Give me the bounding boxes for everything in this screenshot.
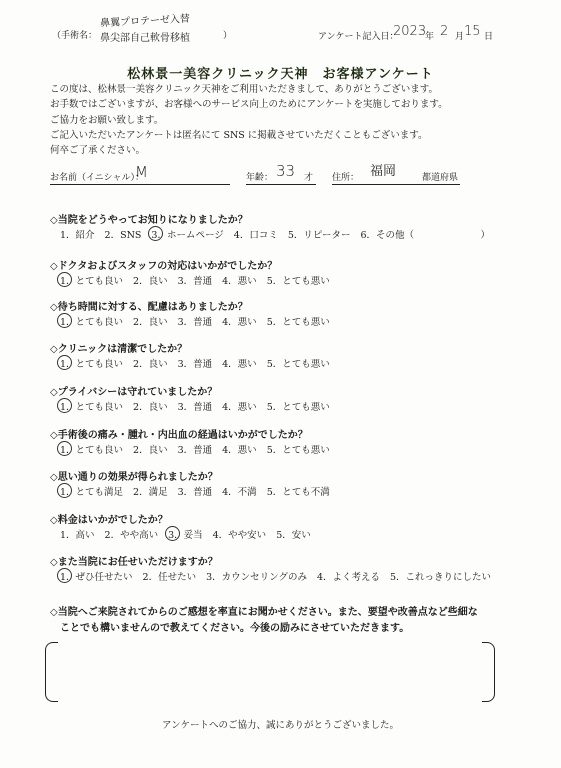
procedure-value-line1: 鼻翼プロテーゼ入替	[100, 10, 190, 30]
option-radio[interactable]: 1．ぜひ任せたい	[60, 569, 133, 583]
option-radio[interactable]: 1．とても良い	[60, 314, 123, 328]
option-radio[interactable]: 2．良い	[133, 442, 168, 456]
name-value: M	[135, 163, 148, 181]
right-bracket	[482, 642, 495, 702]
question-6-options: 1．とても良い2．良い3．普通4．悪い5．とても悪い	[60, 442, 340, 456]
intro-text: この度は、松林景一美容クリニック天神をご利用いただきまして、ありがとうございます…	[50, 82, 448, 158]
option-radio[interactable]: 5．とても悪い	[267, 314, 330, 328]
option-radio[interactable]: 4．悪い	[222, 273, 257, 287]
option-radio[interactable]: 2．満足	[133, 484, 168, 498]
date-year: 2023	[393, 24, 426, 39]
option-radio[interactable]: 5．とても悪い	[267, 442, 330, 456]
question-8-options: 1．高い2．やや高い3．妥当4．やや安い5．安い	[60, 527, 321, 541]
option-radio[interactable]: 2．任せたい	[143, 569, 197, 583]
question-3-options: 1．とても良い2．良い3．普通4．悪い5．とても悪い	[60, 314, 340, 328]
option-radio[interactable]: 4．やや安い	[213, 527, 267, 541]
procedure-value-line2: 鼻尖部自己軟骨移植	[100, 29, 190, 44]
comments-question-line2: ことでも構いませんので教えてください。今後の励みにさせていただきます。	[50, 619, 409, 634]
question-9-options: 1．ぜひ任せたい2．任せたい3．カウンセリングのみ4．よく考える5．これっきりに…	[60, 569, 501, 583]
year-unit: 年	[425, 29, 434, 42]
date-month: 2	[440, 24, 448, 39]
option-radio[interactable]: 1．紹介	[60, 227, 95, 241]
comments-question-line1: ◇当院へご来院されてからのご感想を率直にお聞かせください。また、要望や改善点など…	[50, 603, 478, 618]
age-label: 年齢：	[246, 173, 273, 183]
option-radio[interactable]: 3．妥当	[168, 527, 203, 541]
option-radio[interactable]: 1．高い	[60, 527, 95, 541]
option-radio[interactable]: 3．ホームページ	[151, 227, 223, 241]
name-field[interactable]: お名前（イニシャル）： M	[50, 170, 230, 185]
question-9: ◇また当院にお任せいただけますか？	[50, 553, 218, 568]
option-radio[interactable]: 2．良い	[133, 273, 168, 287]
question-5: ◇プライバシーは守れていましたか？	[50, 383, 217, 398]
option-radio[interactable]: 3．普通	[178, 484, 213, 498]
survey-title: 松林景一美容クリニック天神 お客様アンケート	[0, 63, 561, 82]
intro-line: ご協力をお願い致します。	[50, 113, 448, 128]
option-radio[interactable]: 1．とても良い	[60, 399, 123, 413]
option-radio[interactable]: 4．不満	[222, 484, 257, 498]
date-day: 15	[464, 24, 481, 39]
option-radio[interactable]: 4．悪い	[222, 356, 257, 370]
option-radio[interactable]: 3．普通	[178, 314, 213, 328]
option-radio[interactable]: 3．カウンセリングのみ	[206, 569, 307, 583]
option-radio[interactable]: 4．悪い	[222, 314, 257, 328]
month-unit: 月	[455, 29, 464, 42]
question-8: ◇料金はいかがでしたか？	[50, 511, 168, 526]
question-3: ◇待ち時間に対する、配慮はありましたか？	[50, 298, 248, 313]
option-radio[interactable]: 2．SNS	[105, 227, 142, 241]
address-field[interactable]: 住所： 福岡 都道府県	[332, 170, 460, 185]
option-radio[interactable]: 1．とても満足	[60, 484, 123, 498]
option-radio[interactable]: 5．とても不満	[267, 484, 330, 498]
option-radio[interactable]: 3．普通	[178, 399, 213, 413]
option-radio[interactable]: 5．安い	[276, 527, 311, 541]
age-value: 33	[276, 162, 295, 180]
comments-box[interactable]	[45, 642, 495, 702]
option-radio[interactable]: 4．口コミ	[234, 227, 278, 241]
option-radio[interactable]: 4．悪い	[222, 399, 257, 413]
question-7-options: 1．とても満足2．満足3．普通4．不満5．とても不満	[60, 484, 340, 498]
option-radio[interactable]: 5．とても悪い	[267, 356, 330, 370]
intro-line: この度は、松林景一美容クリニック天神をご利用いただきまして、ありがとうございます…	[50, 82, 448, 97]
question-1: ◇当院をどうやってお知りになりましたか？	[50, 211, 248, 226]
question-5-options: 1．とても良い2．良い3．普通4．悪い5．とても悪い	[60, 399, 340, 413]
name-label: お名前（イニシャル）：	[50, 173, 144, 183]
procedure-close: ）	[223, 28, 232, 41]
day-unit: 日	[484, 29, 493, 42]
option-radio[interactable]: 2．良い	[133, 356, 168, 370]
left-bracket	[45, 642, 58, 702]
option-radio[interactable]: 2．やや高い	[105, 527, 159, 541]
procedure-label: （手術名：	[52, 28, 97, 41]
option-radio[interactable]: 2．良い	[133, 399, 168, 413]
option-radio[interactable]: 2．良い	[133, 314, 168, 328]
option-radio[interactable]: 1．とても良い	[60, 356, 123, 370]
option-radio[interactable]: 3．普通	[178, 442, 213, 456]
age-field[interactable]: 年齢： 33 才	[246, 170, 316, 185]
address-label: 住所：	[332, 173, 359, 183]
option-radio[interactable]: 1．とても良い	[60, 442, 123, 456]
option-radio[interactable]: 5．リピーター	[288, 227, 351, 241]
option-radio[interactable]: 5．とても悪い	[267, 399, 330, 413]
option-radio[interactable]: 4．よく考える	[317, 569, 380, 583]
age-unit: 才	[304, 170, 313, 183]
intro-line: お手数ではございますが、お客様へのサービス向上のためにアンケートを実施しておりま…	[50, 97, 448, 112]
address-value: 福岡	[370, 160, 396, 179]
question-2-options: 1．とても良い2．良い3．普通4．悪い5．とても悪い	[60, 273, 340, 287]
option-radio[interactable]: 5．とても悪い	[267, 273, 330, 287]
option-radio[interactable]: 6．その他（ ）	[361, 227, 491, 241]
question-4: ◇クリニックは清潔でしたか？	[50, 340, 187, 355]
thank-you-text: アンケートへのご協力、誠にありがとうございました。	[0, 717, 561, 731]
question-4-options: 1．とても良い2．良い3．普通4．悪い5．とても悪い	[60, 356, 340, 370]
option-radio[interactable]: 1．とても良い	[60, 273, 123, 287]
question-7: ◇思い通りの効果が得られましたか？	[50, 468, 218, 483]
question-2: ◇ドクタおよびスタッフの対応はいかがでしたか？	[50, 257, 277, 272]
option-radio[interactable]: 5．これっきりにしたい	[390, 569, 491, 583]
intro-line: 何卒ご了承ください。	[50, 143, 448, 158]
option-radio[interactable]: 4．悪い	[222, 442, 257, 456]
question-6: ◇手術後の痛み・腫れ・内出血の経過はいかがでしたか？	[50, 426, 308, 441]
option-radio[interactable]: 3．普通	[178, 273, 213, 287]
intro-line: ご記入いただいたアンケートは匿名にて SNS に掲載させていただくこともございま…	[50, 128, 448, 143]
option-radio[interactable]: 3．普通	[178, 356, 213, 370]
date-label: アンケート記入日：	[318, 29, 398, 42]
address-unit: 都道府県	[422, 170, 458, 183]
question-1-options: 1．紹介2．SNS3．ホームページ4．口コミ5．リピーター6．その他（ ）	[60, 227, 500, 241]
